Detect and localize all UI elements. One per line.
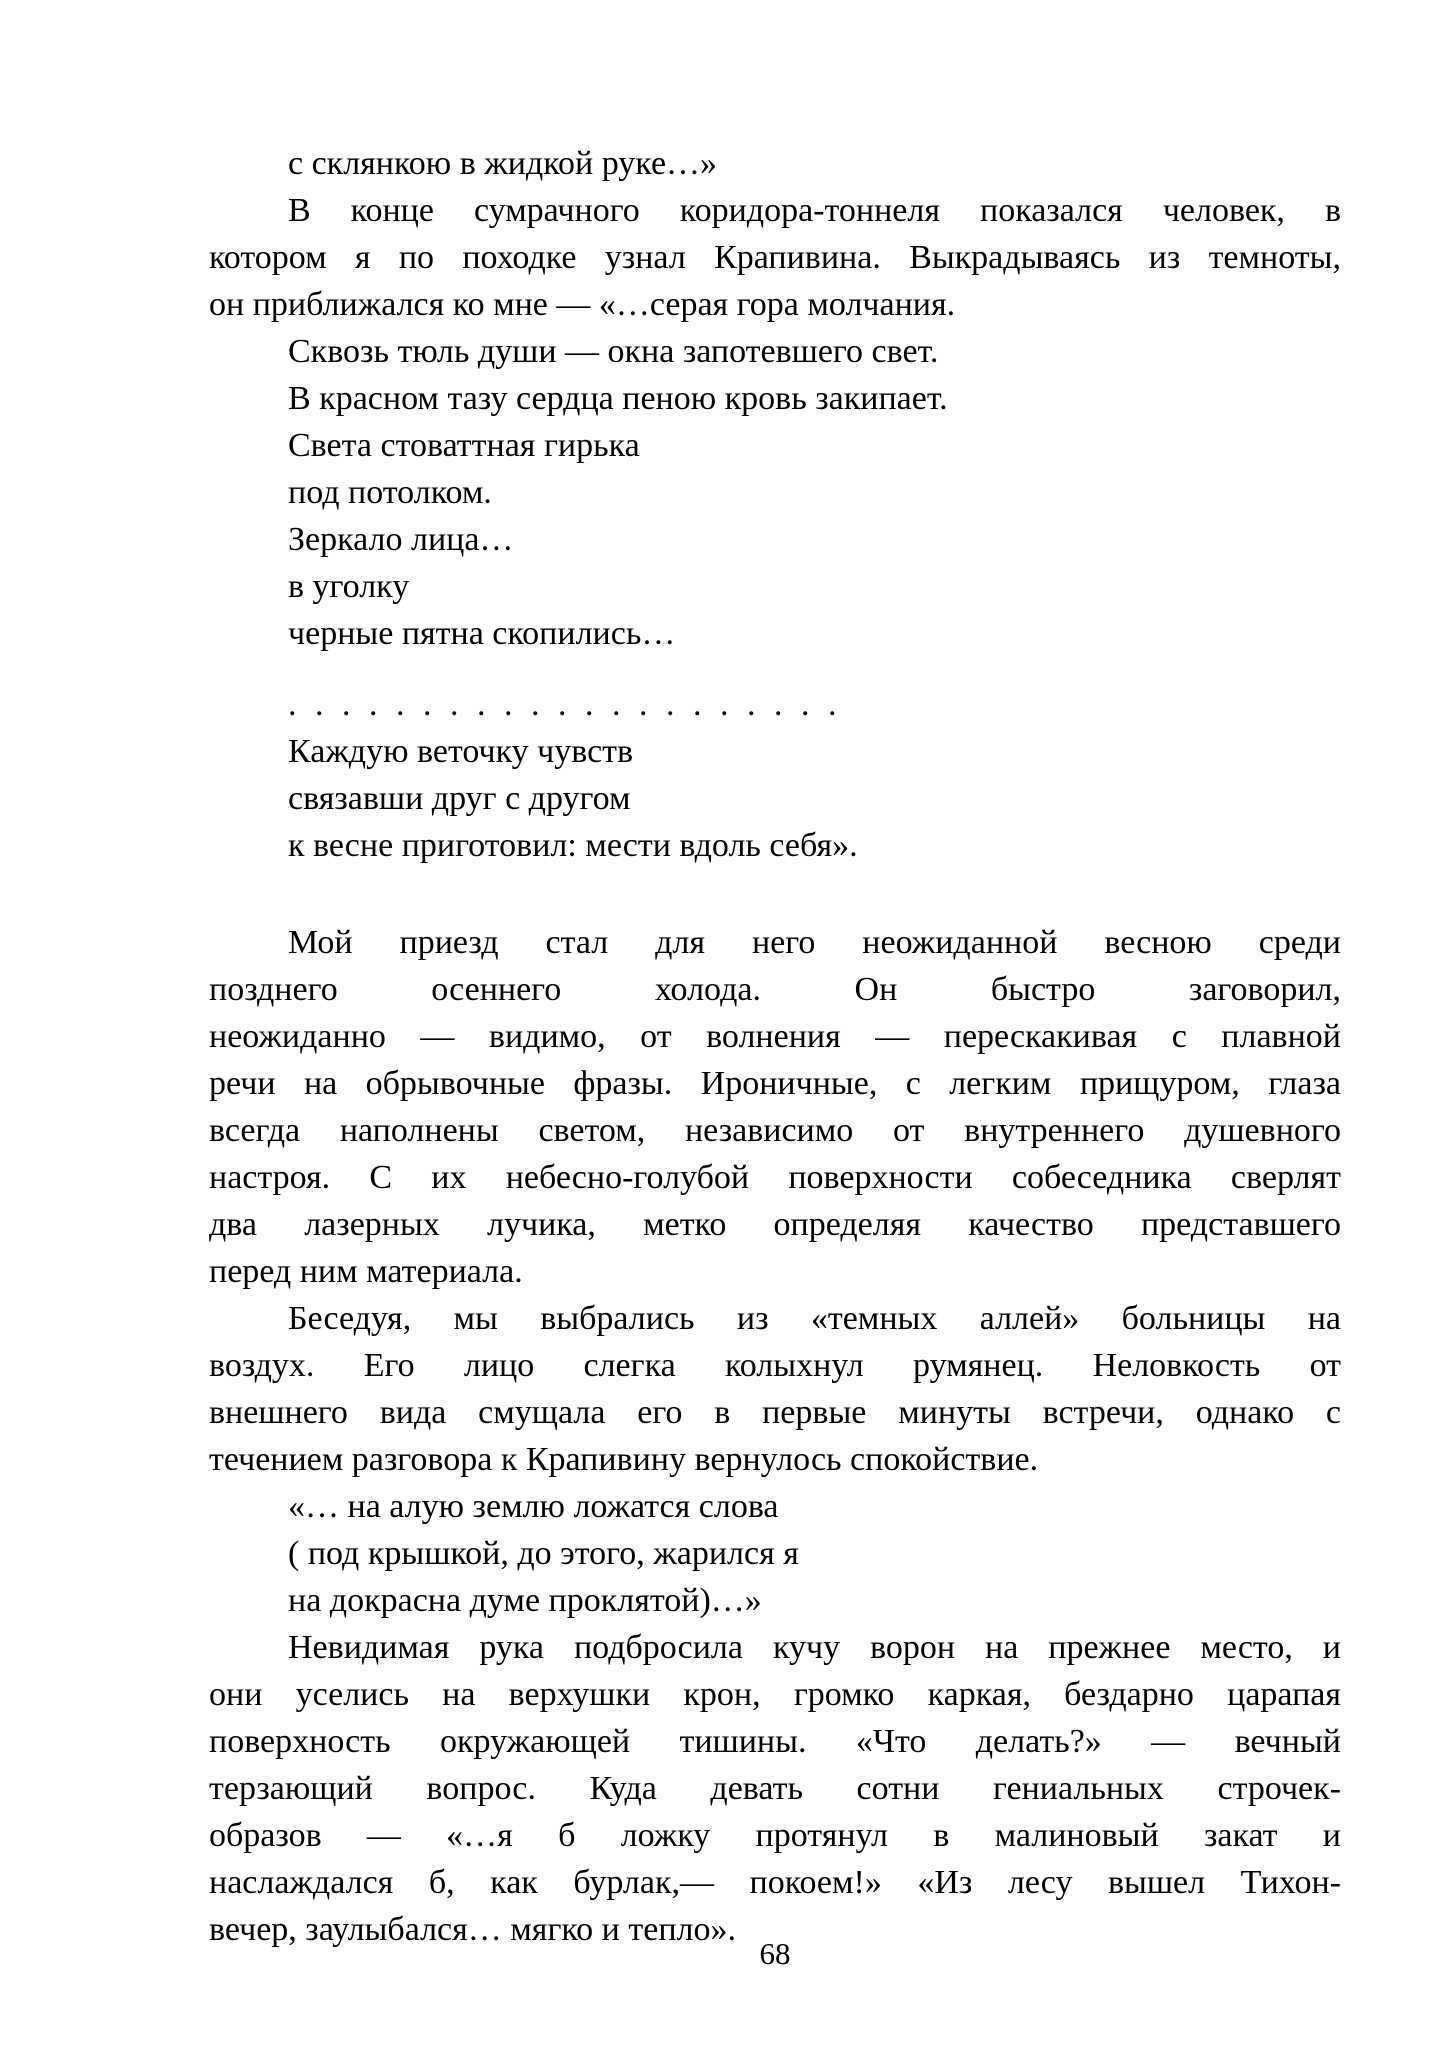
verse-line: ( под крышкой, до этого, жарился я — [209, 1530, 1341, 1577]
paragraph-line: котором я по походке узнал Крапивина. Вы… — [209, 234, 1341, 281]
paragraph-line: наслаждался б, как бурлак,— покоем!» «Из… — [209, 1859, 1341, 1906]
paragraph-line: настроя. С их небесно-голубой поверхност… — [209, 1154, 1341, 1201]
page-number: 68 — [760, 1936, 791, 1971]
verse-line: Зеркало лица… — [209, 516, 1341, 563]
paragraph-line: внешнего вида смущала его в первые минут… — [209, 1389, 1341, 1436]
paragraph-line: позднего осеннего холода. Он быстро заго… — [209, 966, 1341, 1013]
verse-line: под потолком. — [209, 469, 1341, 516]
verse-line: Сквозь тюль души — окна запотевшего свет… — [209, 328, 1341, 375]
page-text: с склянкою в жидкой руке…»В конце сумрач… — [209, 140, 1341, 1953]
verse-line: связавши друг с другом — [209, 775, 1341, 822]
paragraph-line: терзающий вопрос. Куда девать сотни гени… — [209, 1765, 1341, 1812]
verse-line: на докрасна думе проклятой)…» — [209, 1577, 1341, 1624]
paragraph-line: образов — «…я б ложку протянул в малинов… — [209, 1812, 1341, 1859]
paragraph-line: речи на обрывочные фразы. Ироничные, с л… — [209, 1060, 1341, 1107]
omission-dots-line: . . . . . . . . . . . . . . . . . . . . … — [209, 681, 1341, 728]
section-gap — [209, 869, 1341, 919]
paragraph-line: они уселись на верхушки крон, громко кар… — [209, 1671, 1341, 1718]
paragraph-line: перед ним материала. — [209, 1248, 1341, 1295]
page-footer: 68 — [209, 1936, 1341, 1972]
verse-line: «… на алую землю ложатся слова — [209, 1483, 1341, 1530]
verse-line: Света стоваттная гирька — [209, 422, 1341, 469]
paragraph-line: неожиданно — видимо, от волнения — перес… — [209, 1013, 1341, 1060]
paragraph-line: В конце сумрачного коридора-тоннеля пока… — [209, 187, 1341, 234]
paragraph-line: воздух. Его лицо слегка колыхнул румянец… — [209, 1342, 1341, 1389]
verse-line: к весне приготовил: мести вдоль себя». — [209, 822, 1341, 869]
verse-line: В красном тазу сердца пеною кровь закипа… — [209, 375, 1341, 422]
verse-line: Каждую веточку чувств — [209, 728, 1341, 775]
paragraph-line: всегда наполнены светом, независимо от в… — [209, 1107, 1341, 1154]
paragraph-line: он приближался ко мне — «…серая гора мол… — [209, 281, 1341, 328]
paragraph-line: Беседуя, мы выбрались из «темных аллей» … — [209, 1295, 1341, 1342]
paragraph-line: Мой приезд стал для него неожиданной вес… — [209, 919, 1341, 966]
verse-line: с склянкою в жидкой руке…» — [209, 140, 1341, 187]
paragraph-line: Невидимая рука подбросила кучу ворон на … — [209, 1624, 1341, 1671]
paragraph-line: течением разговора к Крапивину вернулось… — [209, 1436, 1341, 1483]
verse-line: черные пятна скопились… — [209, 610, 1341, 657]
paragraph-line: два лазерных лучика, метко определяя кач… — [209, 1201, 1341, 1248]
book-page: с склянкою в жидкой руке…»В конце сумрач… — [0, 0, 1455, 2058]
verse-line: в уголку — [209, 563, 1341, 610]
paragraph-line: поверхность окружающей тишины. «Что дела… — [209, 1718, 1341, 1765]
